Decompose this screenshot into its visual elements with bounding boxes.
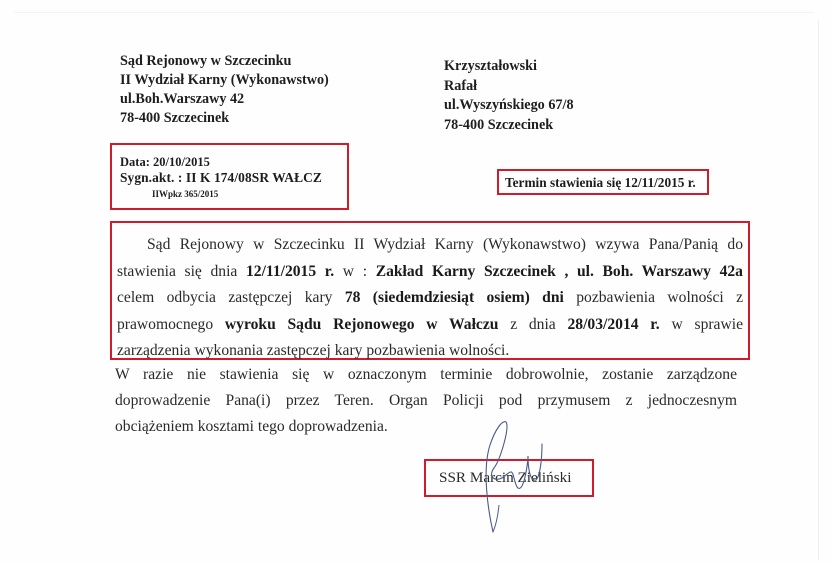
sender-postal-city: 78-400 Szczecinek xyxy=(120,109,329,128)
summons-body-box: Sąd Rejonowy w Szczecinku II Wydział Kar… xyxy=(110,221,750,360)
notice-line-1: W razie nie stawienia się w oznaczonym t… xyxy=(115,362,737,388)
judgment-court: wyroku Sądu Rejonowego w Wałczu xyxy=(225,316,499,333)
summons-line-5: zarządzenia wykonania zastępczej kary po… xyxy=(117,338,743,365)
scan-edge-right xyxy=(818,20,819,560)
sender-address-block: Sąd Rejonowy w Szczecinku II Wydział Kar… xyxy=(120,52,329,128)
summons-text: stawienia się dnia xyxy=(117,263,246,280)
sender-department: II Wydział Karny (Wykonawstwo) xyxy=(120,71,329,90)
summons-line-2: stawienia się dnia 12/11/2015 r. w : Zak… xyxy=(117,259,743,286)
sender-street: ul.Boh.Warszawy 42 xyxy=(120,90,329,109)
court-summons-document: Sąd Rejonowy w Szczecinku II Wydział Kar… xyxy=(0,0,832,563)
appearance-date-box: Termin stawienia się 12/11/2015 r. xyxy=(497,169,709,195)
recipient-postal-city: 78-400 Szczecinek xyxy=(444,116,574,136)
summons-text: w sprawie xyxy=(660,316,743,333)
recipient-street: ul.Wyszyńskiego 67/8 xyxy=(444,96,574,116)
summons-text: w : xyxy=(334,263,376,280)
recipient-surname: Krzyształowski xyxy=(444,57,574,77)
internal-reference: IIWpkz 365/2015 xyxy=(152,189,218,199)
notice-line-2: doprowadzenie Pana(i) przez Teren. Organ… xyxy=(115,388,737,414)
prison-address: Zakład Karny Szczecinek , ul. Boh. Warsz… xyxy=(376,263,743,280)
signer-name: SSR Marcin Zieliński xyxy=(439,469,571,487)
non-appearance-notice: W razie nie stawienia się w oznaczonym t… xyxy=(115,362,737,440)
scan-edge-top xyxy=(14,12,814,13)
summons-body: Sąd Rejonowy w Szczecinku II Wydział Kar… xyxy=(117,232,743,365)
summons-line-4: prawomocnego wyroku Sądu Rejonowego w Wa… xyxy=(117,312,743,339)
summons-text: z dnia xyxy=(498,316,567,333)
recipient-address-block: Krzyształowski Rafał ul.Wyszyńskiego 67/… xyxy=(444,57,574,135)
summons-text: celem odbycia zastępczej kary xyxy=(117,289,345,306)
appearance-date: Termin stawienia się 12/11/2015 r. xyxy=(505,175,696,191)
notice-line-3: obciążeniem kosztami tego doprowadzenia. xyxy=(115,414,737,440)
summons-text: pozbawienia wolności z xyxy=(564,289,743,306)
summons-line-1: Sąd Rejonowy w Szczecinku II Wydział Kar… xyxy=(117,232,743,259)
judgment-date: 28/03/2014 r. xyxy=(568,316,660,333)
case-signature: Sygn.akt. : II K 174/08SR WAŁCZ xyxy=(120,170,322,186)
document-date: Data: 20/10/2015 xyxy=(120,155,210,170)
summons-text: prawomocnego xyxy=(117,316,225,333)
sender-court-name: Sąd Rejonowy w Szczecinku xyxy=(120,52,329,71)
recipient-first-name: Rafał xyxy=(444,77,574,97)
case-reference-box: Data: 20/10/2015 Sygn.akt. : II K 174/08… xyxy=(110,143,349,210)
appearance-date-bold: 12/11/2015 r. xyxy=(246,263,334,280)
summons-line-3: celem odbycia zastępczej kary 78 (siedem… xyxy=(117,285,743,312)
summons-text: Sąd Rejonowy w Szczecinku II Wydział Kar… xyxy=(147,236,743,253)
signer-box: SSR Marcin Zieliński xyxy=(424,459,594,497)
sentence-duration: 78 (siedemdziesiąt osiem) dni xyxy=(345,289,564,306)
